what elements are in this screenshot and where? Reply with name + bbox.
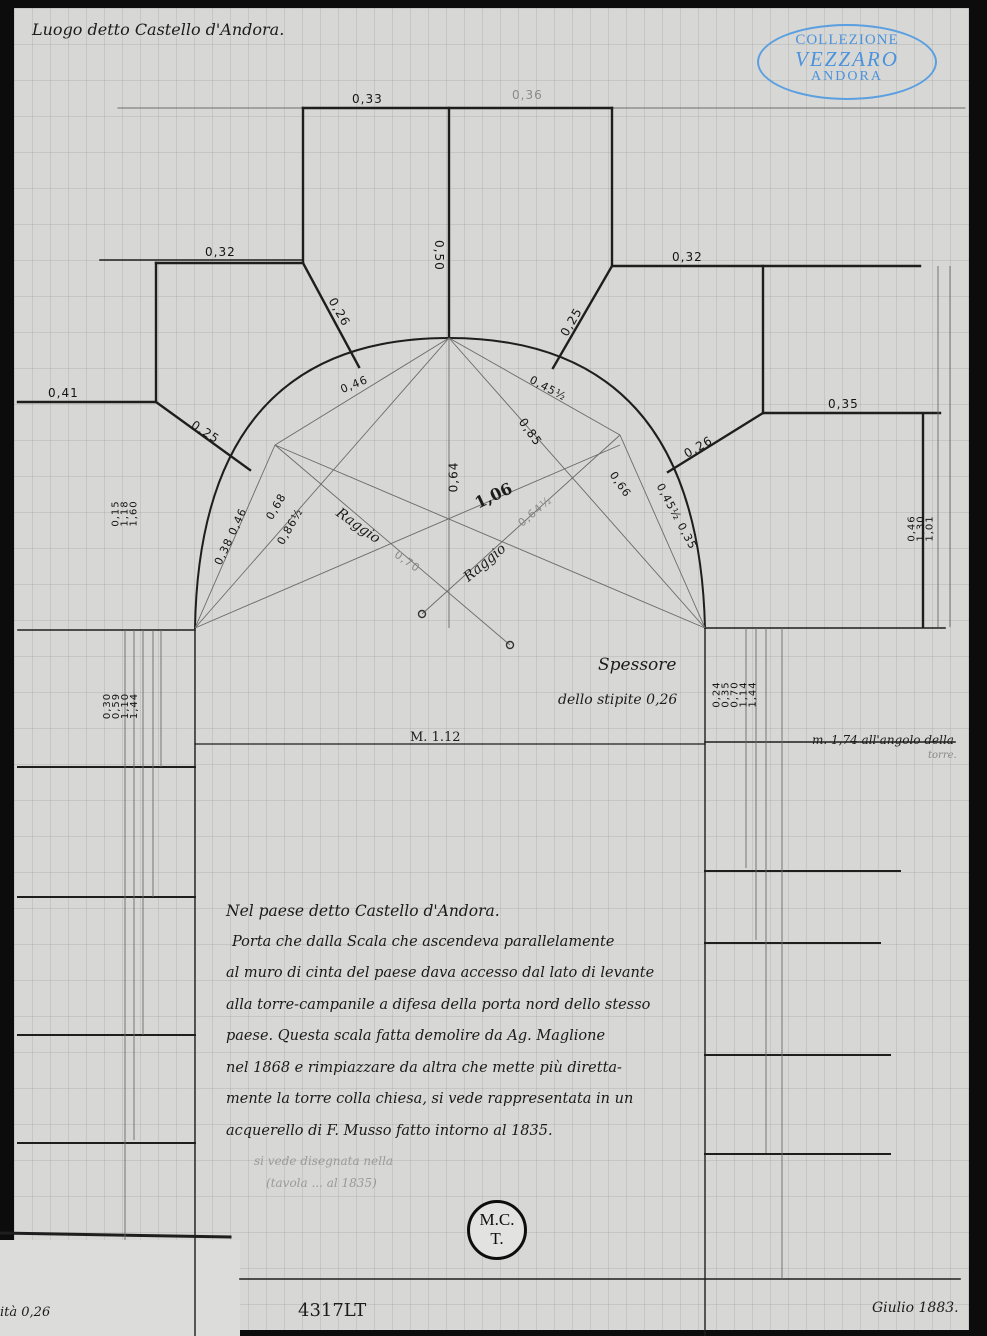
notes-line: nel 1868 e rimpiazzare da altra che mett… <box>226 1060 726 1092</box>
notes-line: alla torre-campanile a difesa della port… <box>226 997 726 1029</box>
notes-faint-line: si vede disegnata nella <box>226 1154 726 1176</box>
jamb-right-stack: 0,240,350,701,141,44 <box>713 681 758 707</box>
notes-line: paese. Questa scala fatta demolire da Ag… <box>226 1028 726 1060</box>
dim-top-left: 0,33 <box>352 92 383 106</box>
stack-value: 1,44 <box>749 681 758 707</box>
description-notes: Nel paese detto Castello d'Andora. Porta… <box>226 902 726 1208</box>
notes-title: Nel paese detto Castello d'Andora. <box>226 902 726 934</box>
collection-stamp: COLLEZIONE VEZZARO ANDORA <box>757 24 937 100</box>
archive-stamp: M.C. T. <box>467 1200 527 1260</box>
stack-value: 1,44 <box>130 693 139 719</box>
arch-center-vertical: 0,64 <box>446 462 460 493</box>
stamp-line-2: VEZZARO <box>759 49 935 69</box>
dim-top-center-vertical: 0,50 <box>432 240 446 271</box>
stamp-line-3: ANDORA <box>759 69 935 85</box>
archive-stamp-line-2: T. <box>470 1229 524 1248</box>
dim-right-wing-stack: 0,461,301,01 <box>908 515 935 541</box>
cropped-left-note: ità 0,26 <box>0 1305 50 1320</box>
jamb-left-stack: 0,300,591,101,44 <box>103 693 139 719</box>
dim-left-wing-top: 0,41 <box>48 386 79 400</box>
document-date: Giulio 1883. <box>872 1300 959 1316</box>
thickness-note-value: dello stipite 0,26 <box>558 692 677 708</box>
tower-note-line2: torre. <box>928 750 957 761</box>
notes-line: al muro di cinta del paese dava accesso … <box>226 965 726 997</box>
scale-label: M. 1.12 <box>410 730 461 745</box>
dim-left-wing-stack: 0,151,181,60 <box>112 500 139 526</box>
dim-top-right: 0,36 <box>512 88 543 102</box>
notes-line: Porta che dalla Scala che ascendeva para… <box>226 934 726 966</box>
notes-faint-line: (tavola ... al 1835) <box>226 1176 726 1208</box>
dim-upper-right-top: 0,32 <box>672 250 703 264</box>
tower-note-line1: m. 1,74 all'angolo della <box>812 733 954 747</box>
archive-stamp-line-1: M.C. <box>470 1210 524 1229</box>
thickness-note-title: Spessore <box>598 655 676 675</box>
catalog-number: 4317LT <box>298 1300 366 1321</box>
header-caption: Luogo detto Castello d'Andora. <box>32 20 284 39</box>
dim-upper-left-top: 0,32 <box>205 245 236 259</box>
dim-right-wing-top: 0,35 <box>828 397 859 411</box>
notes-line: mente la torre colla chiesa, si vede rap… <box>226 1091 726 1123</box>
scanned-drawing-sheet: Luogo detto Castello d'Andora. COLLEZION… <box>0 0 987 1336</box>
notes-line: acquerello di F. Musso fatto intorno al … <box>226 1123 726 1155</box>
stack-value: 1,60 <box>130 500 139 526</box>
stack-value: 1,01 <box>926 515 935 541</box>
